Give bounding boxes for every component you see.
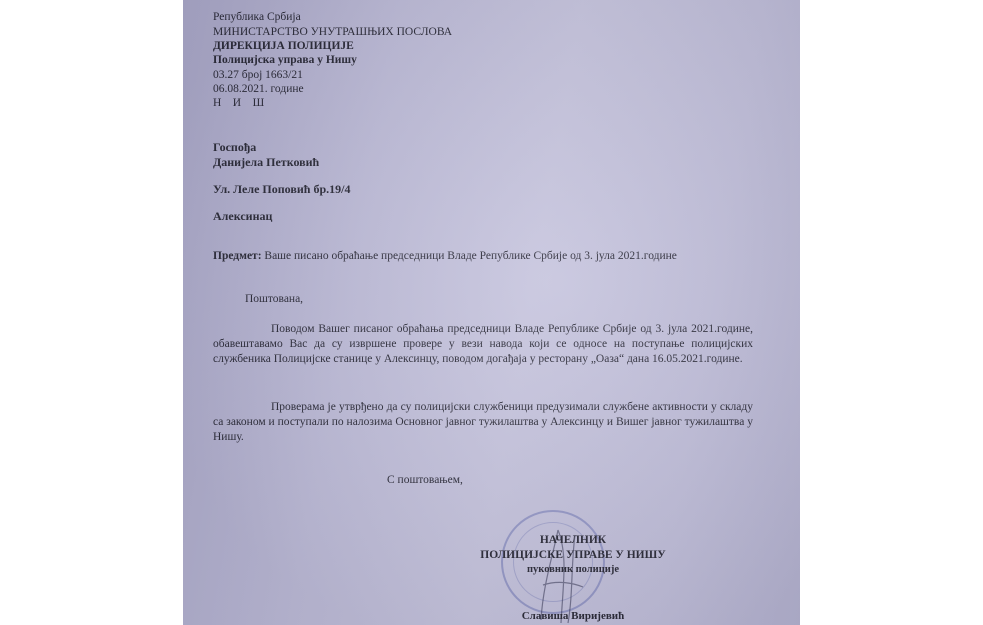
salutation: Поштована, (245, 293, 303, 305)
recipient-city: Алексинац (213, 209, 272, 224)
body-paragraph-2: Проверама је утврђено да су полицијски с… (213, 400, 753, 445)
body-paragraph-1: Поводом Вашег писаног обраћања председни… (213, 322, 753, 367)
header-reference: 03.27 број 1663/21 (213, 68, 303, 83)
closing: С поштовањем, (387, 474, 463, 486)
subject-line: Предмет: Ваше писано обраћање председниц… (213, 250, 677, 262)
signatory-rank: пуковник полиције (473, 563, 673, 577)
header-republic: Република Србија (213, 10, 301, 25)
subject-text: Ваше писано обраћање председници Владе Р… (262, 250, 677, 262)
document-photo: Република Србија МИНИСТАРСТВО УНУТРАШЊИХ… (183, 0, 800, 625)
recipient-name: Данијела Петковић (213, 155, 319, 170)
signatory-name: Славиша Виријевић (473, 609, 673, 623)
signatory-office: ПОЛИЦИЈСКЕ УПРАВЕ У НИШУ (473, 548, 673, 562)
header-administration: Полицијска управа у Нишу (213, 53, 357, 68)
header-directorate: ДИРЕКЦИЈА ПОЛИЦИЈЕ (213, 39, 354, 54)
header-city: Н И Ш (213, 96, 264, 111)
recipient-title: Госпођа (213, 140, 256, 155)
subject-label: Предмет: (213, 250, 262, 262)
header-date: 06.08.2021. године (213, 82, 304, 97)
recipient-street: Ул. Леле Поповић бр.19/4 (213, 182, 350, 197)
signatory-position: НАЧЕЛНИК (473, 533, 673, 547)
header-ministry: МИНИСТАРСТВО УНУТРАШЊИХ ПОСЛОВА (213, 25, 452, 40)
